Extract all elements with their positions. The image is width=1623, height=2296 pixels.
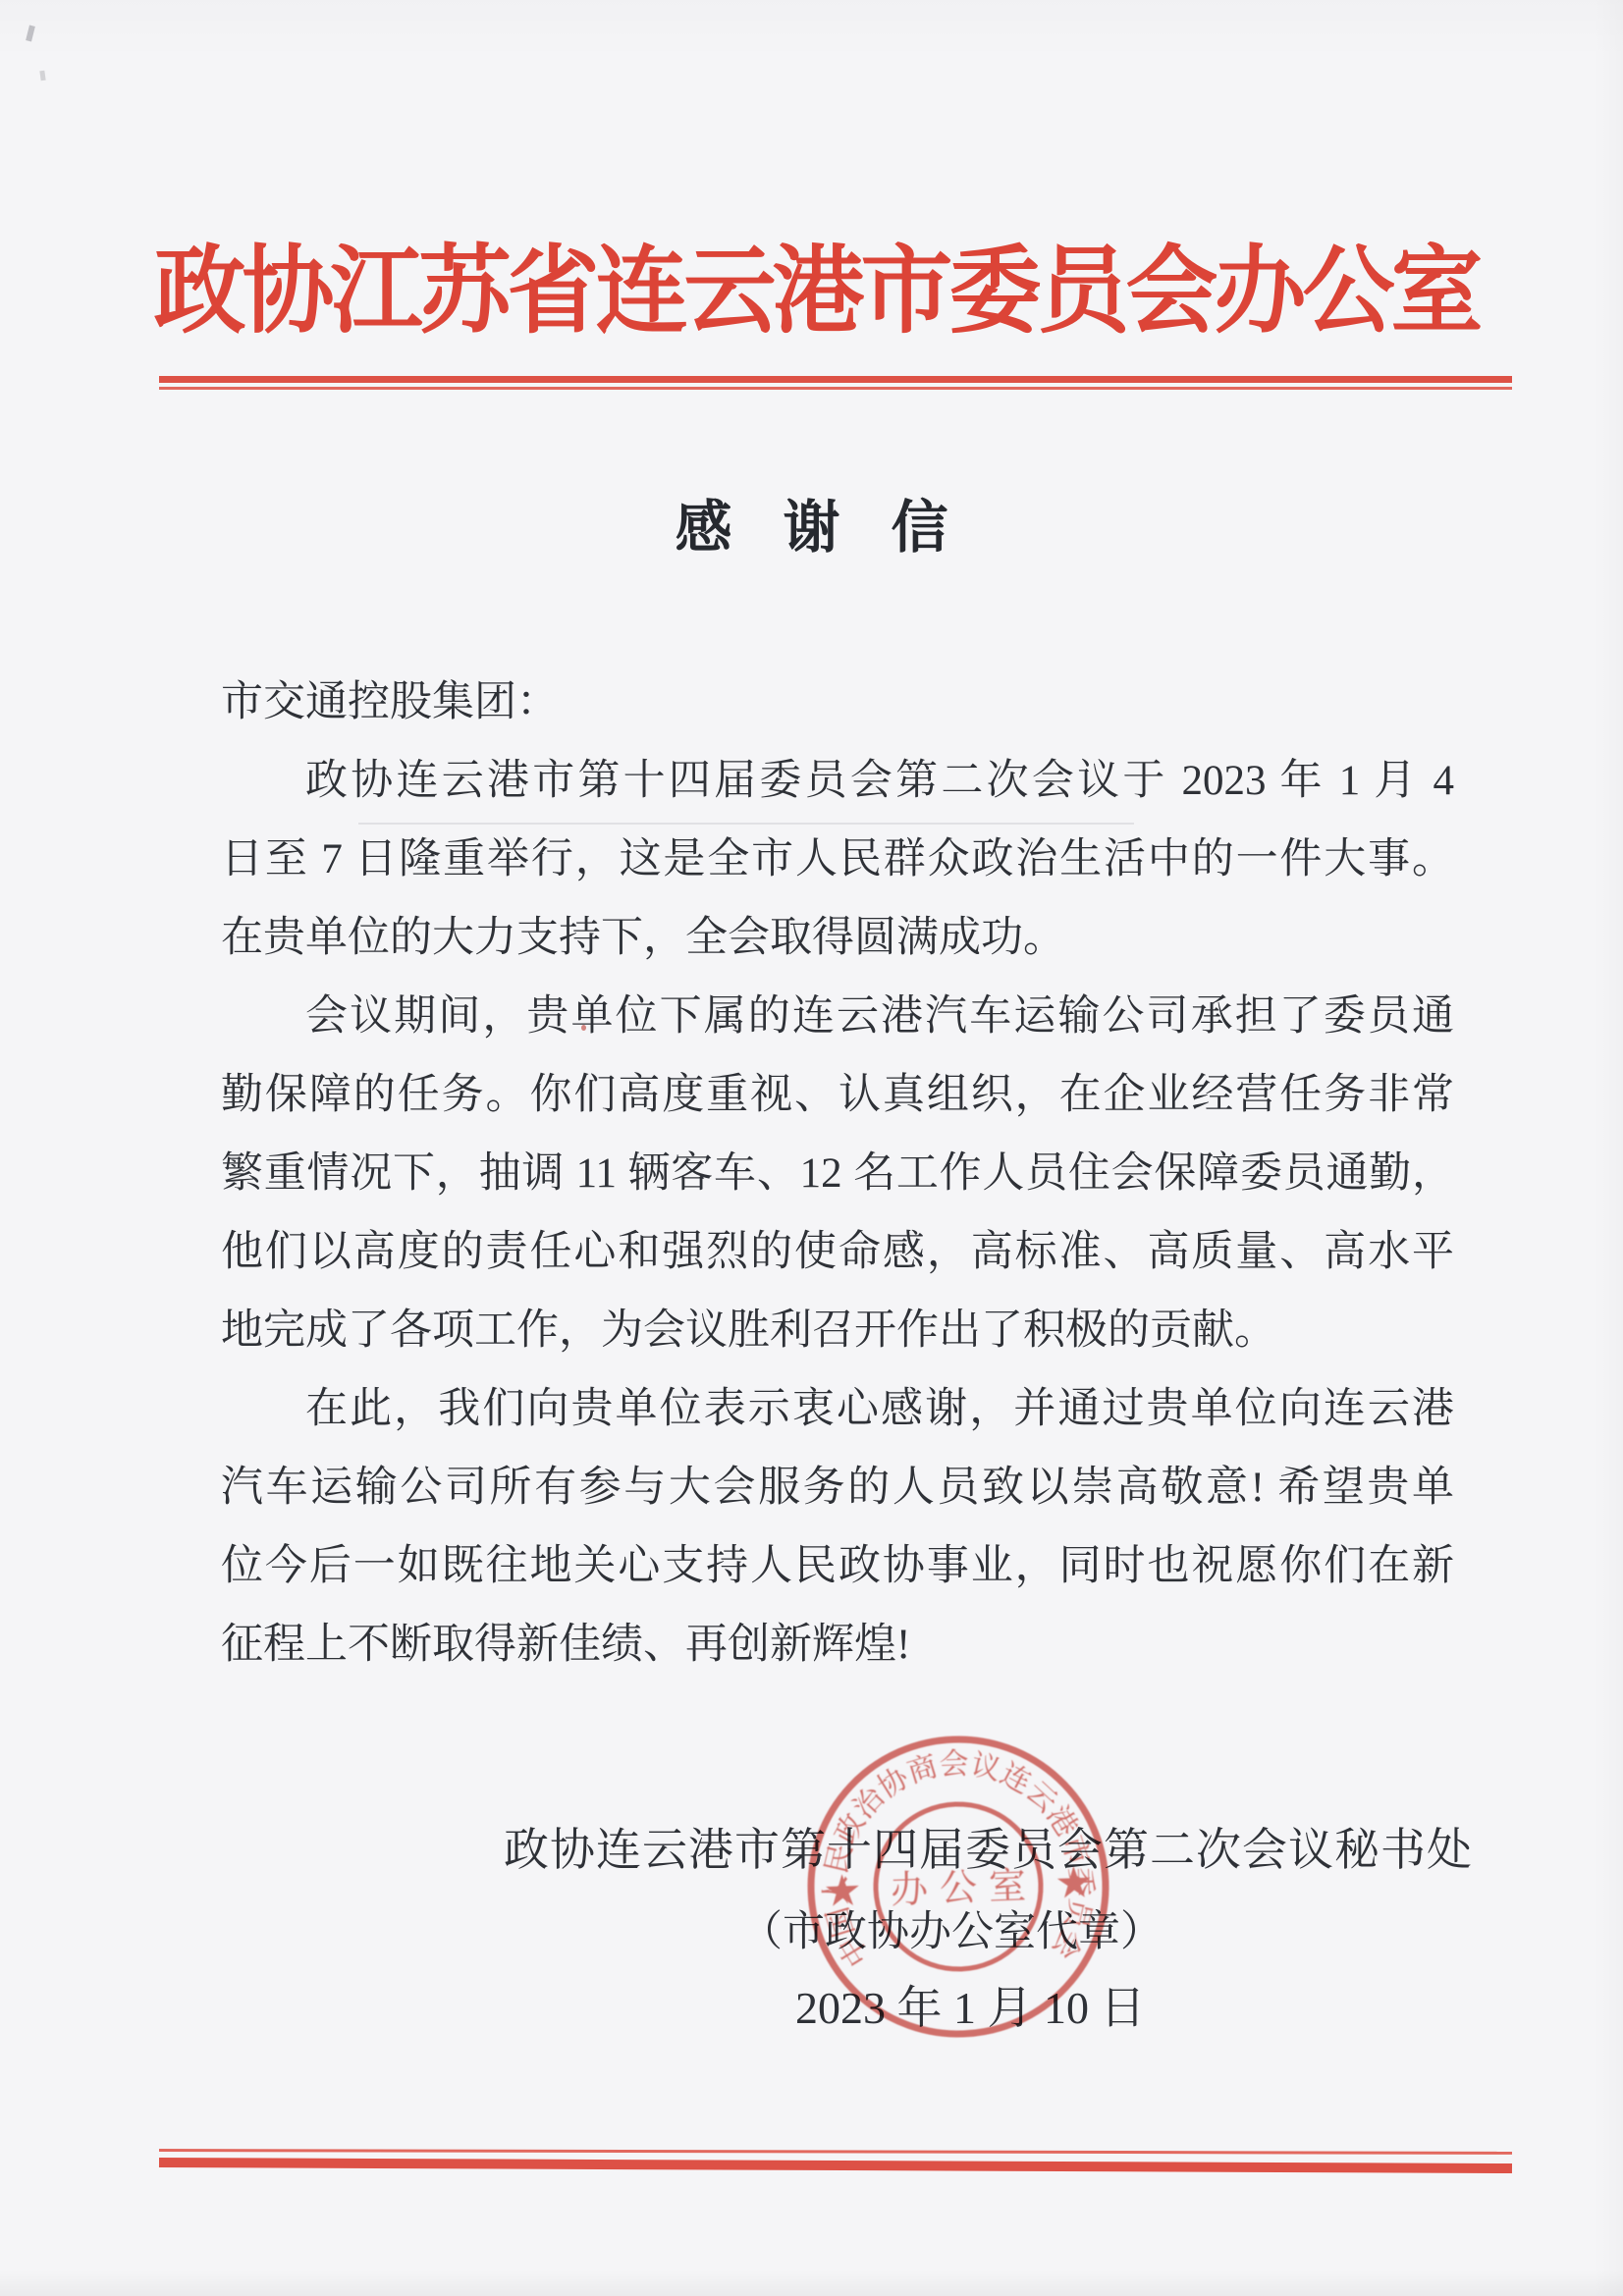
document-title: 感谢信 — [0, 497, 1623, 560]
body-line: 在贵单位的大力支持下，全会取得圆满成功。 — [221, 899, 1454, 978]
body-line: 征程上不断取得新佳绩、再创新辉煌! — [221, 1606, 1454, 1684]
letter-body: 市交通控股集团： 政协连云港市第十四届委员会第二次会议于 2023 年 1 月 … — [221, 664, 1454, 1684]
body-line: 在此，我们向贵单位表示衷心感谢，并通过贵单位向连云港 — [221, 1370, 1454, 1449]
signature-org: 政协连云港市第十四届委员会第二次会议秘书处 — [504, 1823, 1473, 1878]
footer-rule-thin — [159, 2149, 1512, 2155]
body-line: 汽车运输公司所有参与大会服务的人员致以崇高敬意! 希望贵单 — [221, 1449, 1454, 1527]
salutation: 市交通控股集团： — [221, 664, 1454, 742]
letterhead-title: 政协江苏省连云港市委员会办公室 — [0, 240, 1623, 346]
body-line: 繁重情况下，抽调 11 辆客车、12 名工作人员住会保障委员通勤， — [221, 1135, 1454, 1213]
scanned-letter-page: 政协江苏省连云港市委员会办公室 感谢信 市交通控股集团： 政协连云港市第十四届委… — [0, 0, 1623, 2296]
signature-date: 2023 年 1 月 10 日 — [795, 1981, 1146, 2036]
body-line: 他们以高度的责任心和强烈的使命感，高标准、高质量、高水平 — [221, 1213, 1454, 1292]
body-line: 勤保障的任务。你们高度重视、认真组织，在企业经营任务非常 — [221, 1056, 1454, 1135]
body-line: 政协连云港市第十四届委员会第二次会议于 2023 年 1 月 4 — [221, 742, 1454, 821]
scan-speck — [39, 71, 45, 81]
header-rule-thin — [159, 387, 1512, 390]
signature-note: （市政协办公室代章） — [740, 1906, 1163, 1959]
body-line: 地完成了各项工作，为会议胜利召开作出了积极的贡献。 — [221, 1292, 1454, 1370]
scan-speck — [26, 26, 35, 42]
body-line: 日至 7 日隆重举行，这是全市人民群众政治生活中的一件大事。 — [221, 821, 1454, 899]
body-line: 会议期间，贵单位下属的连云港汽车运输公司承担了委员通 — [221, 978, 1454, 1056]
header-rule-thick — [159, 376, 1512, 383]
footer-rule-thick — [159, 2158, 1512, 2173]
body-line: 位今后一如既往地关心支持人民政协事业，同时也祝愿你们在新 — [221, 1527, 1454, 1606]
